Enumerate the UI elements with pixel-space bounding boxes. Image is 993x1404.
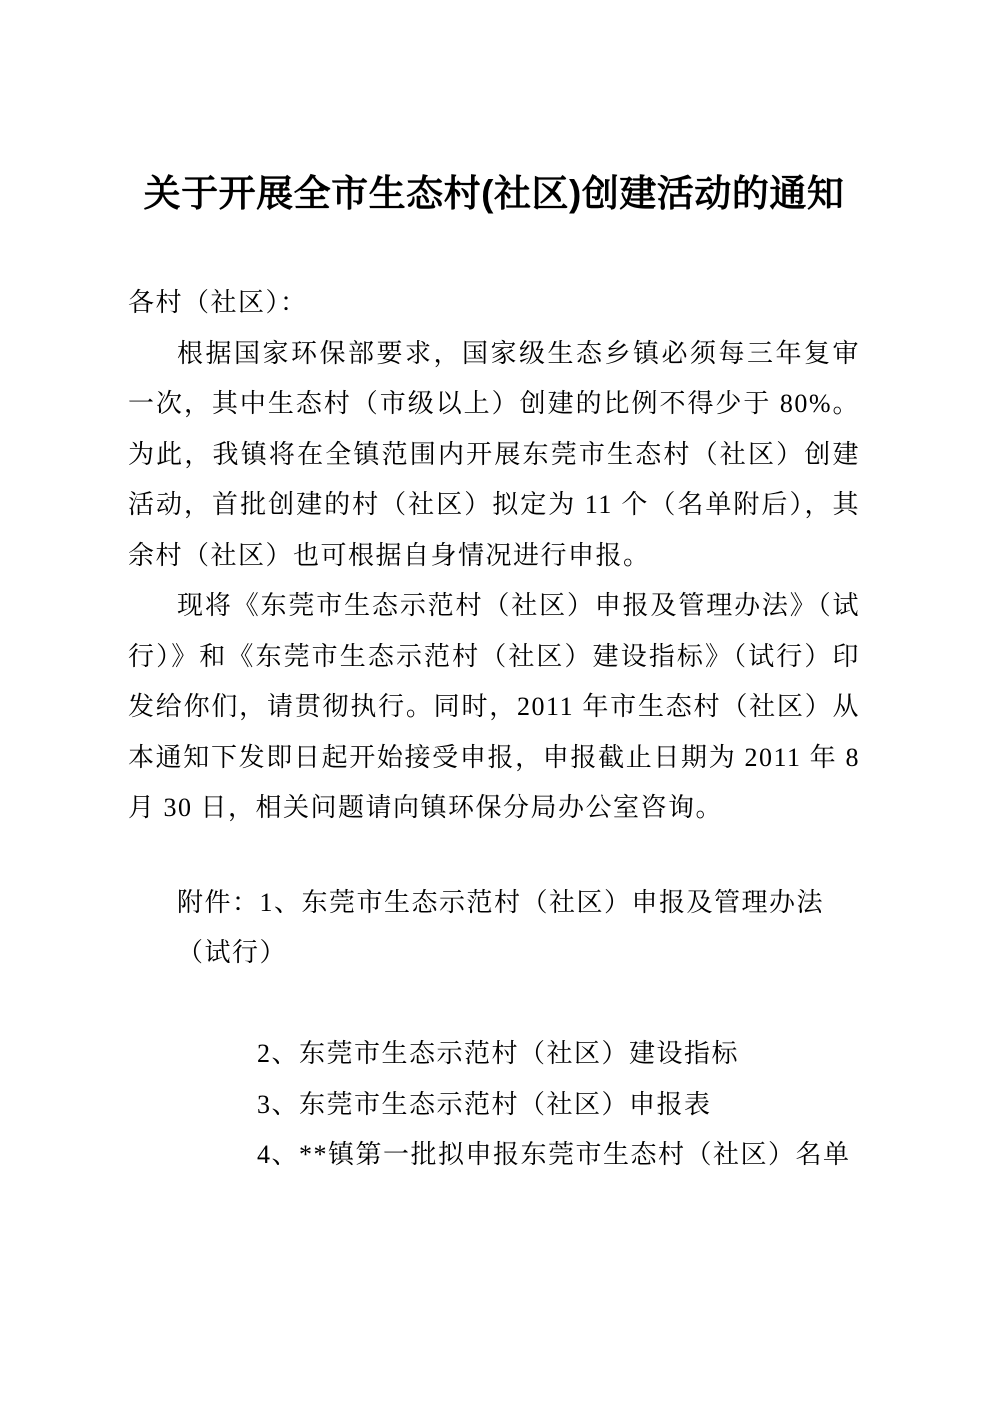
document-page: 关于开展全市生态村(社区)创建活动的通知 各村（社区）： 根据国家环保部要求，国…: [0, 0, 993, 1404]
attachment-item-4: 4、**镇第一批拟申报东莞市生态村（社区）名单: [257, 1130, 860, 1181]
attachment-item-2: 2、东莞市生态示范村（社区）建设指标: [257, 1029, 860, 1080]
paragraph-2: 现将《东莞市生态示范村（社区）申报及管理办法》（试行）》和《东莞市生态示范村（社…: [128, 581, 860, 834]
attachments-section: 附件：1、东莞市生态示范村（社区）申报及管理办法（试行） 2、东莞市生态示范村（…: [128, 878, 860, 1181]
attachments-label: 附件：: [177, 888, 260, 917]
attachment-item-1: 1、东莞市生态示范村（社区）申报及管理办法（试行）: [177, 888, 824, 968]
attachment-line-1: 附件：1、东莞市生态示范村（社区）申报及管理办法（试行）: [128, 878, 860, 979]
document-title: 关于开展全市生态村(社区)创建活动的通知: [128, 0, 860, 218]
attachment-item-3: 3、东莞市生态示范村（社区）申报表: [257, 1080, 860, 1131]
salutation: 各村（社区）：: [128, 278, 860, 329]
paragraph-1: 根据国家环保部要求，国家级生态乡镇必须每三年复审一次，其中生态村（市级以上）创建…: [128, 329, 860, 582]
